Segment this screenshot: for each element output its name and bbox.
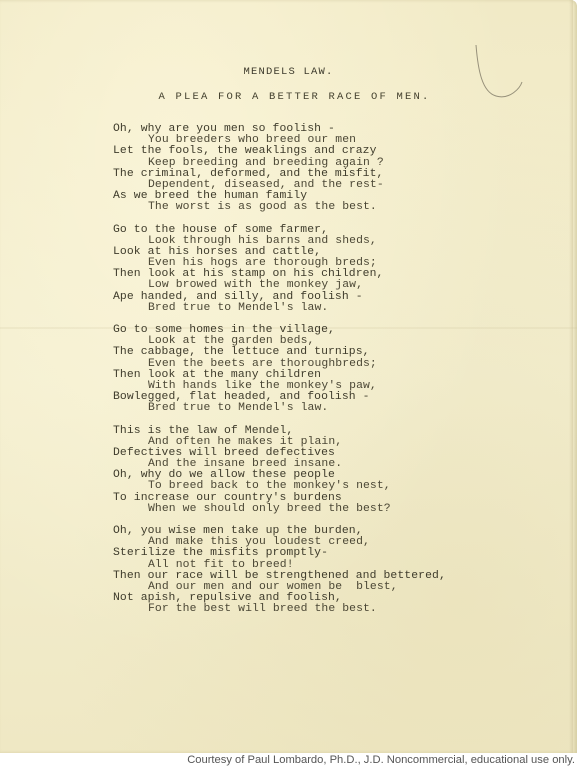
poem-line: The worst is as good as the best. [113, 202, 553, 213]
document-title: MENDELS LAW. [0, 66, 577, 78]
poem-line: This is the law of Mendel, [113, 426, 553, 437]
poem-line: Let the fools, the weaklings and crazy [113, 146, 553, 157]
poem-stanza: Oh, you wise men take up the burden,And … [113, 526, 553, 616]
poem-stanza: Go to some homes in the village,Look at … [113, 325, 553, 415]
courtesy-caption: Courtesy of Paul Lombardo, Ph.D., J.D. N… [187, 754, 575, 766]
typed-document-page: MENDELS LAW. A PLEA FOR A BETTER RACE OF… [0, 0, 577, 753]
poem-line: Low browed with the monkey jaw, [113, 280, 553, 291]
poem-line: Bred true to Mendel's law. [113, 403, 553, 414]
paper-edge-shadow [569, 0, 573, 753]
document-subtitle: A PLEA FOR A BETTER RACE OF MEN. [0, 91, 577, 103]
poem-line: For the best will breed the best. [113, 604, 553, 615]
poem-line: When we should only breed the best? [113, 504, 553, 515]
poem-line: Go to the house of some farmer, [113, 225, 553, 236]
poem-line: The cabbage, the lettuce and turnips, [113, 347, 553, 358]
poem-line: To breed back to the monkey's nest, [113, 481, 553, 492]
poem-body: Oh, why are you men so foolish -You bree… [113, 124, 553, 627]
poem-stanza: This is the law of Mendel,And often he m… [113, 426, 553, 516]
poem-stanza: Go to the house of some farmer,Look thro… [113, 225, 553, 315]
poem-line: Sterilize the misfits promptly- [113, 548, 553, 559]
poem-line: Bred true to Mendel's law. [113, 303, 553, 314]
poem-stanza: Oh, why are you men so foolish -You bree… [113, 124, 553, 214]
